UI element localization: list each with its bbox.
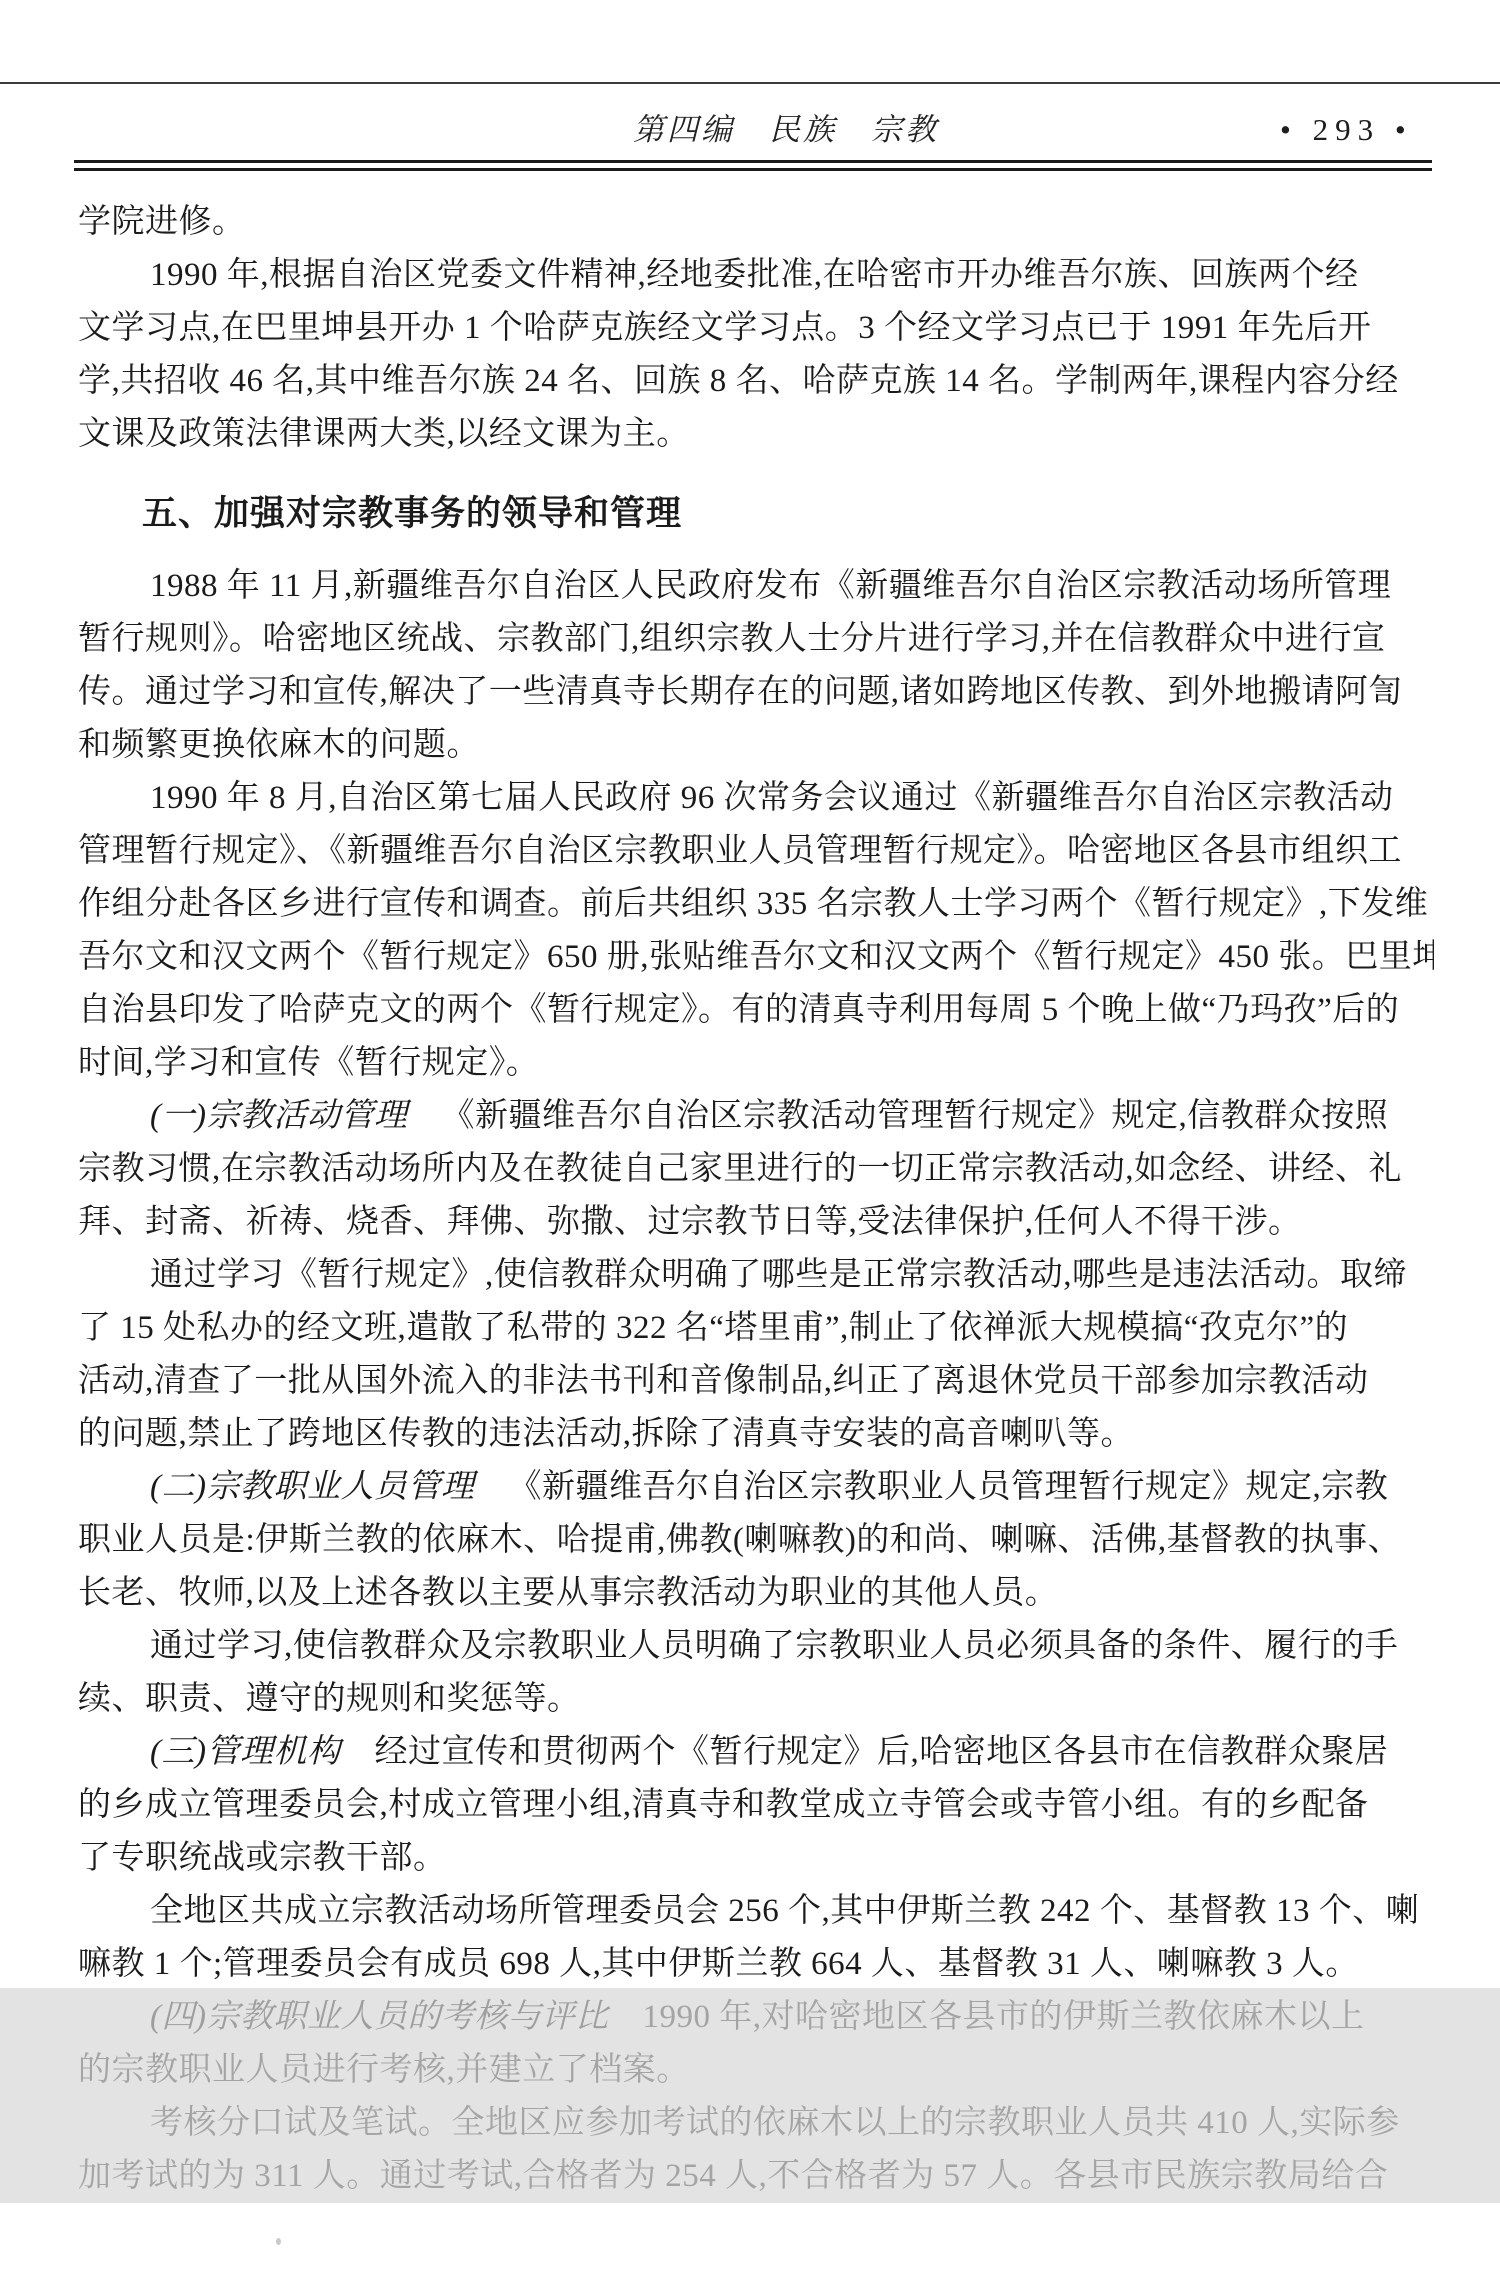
text-line: 通过学习《暂行规定》,使信教群众明确了哪些是正常宗教活动,哪些是违法活动。取缔 — [78, 1249, 1434, 1302]
text-line: 文学习点,在巴里坤县开办 1 个哈萨克族经文学习点。3 个经文学习点已于 199… — [78, 302, 1434, 355]
text-line: 文课及政策法律课两大类,以经文课为主。 — [78, 408, 1434, 461]
scan-artifact-dot — [276, 2238, 281, 2245]
scanned-page: { "header": { "section_title": "第四编 民族 宗… — [0, 0, 1500, 2280]
subsection-label: (二)宗教职业人员管理 — [150, 1469, 474, 1505]
line-text: 经过宣传和贯彻两个《暂行规定》后,哈密地区各县市在信教群众聚居 — [374, 1734, 1388, 1770]
text-line: 拜、封斋、祈祷、烧香、拜佛、弥撒、过宗教节日等,受法律保护,任何人不得干涉。 — [78, 1196, 1434, 1249]
running-head: 第四编 民族 宗教 • 293 • — [0, 110, 1500, 154]
section-heading: 五、加强对宗教事务的领导和管理 — [78, 487, 1434, 540]
text-line: 作组分赴各区乡进行宣传和调查。前后共组织 335 名宗教人士学习两个《暂行规定》… — [78, 878, 1434, 931]
text-line: 嘛教 1 个;管理委员会有成员 698 人,其中伊斯兰教 664 人、基督教 3… — [78, 1938, 1434, 1991]
body-lines: 学院进修。1990 年,根据自治区党委文件精神,经地委批准,在哈密市开办维吾尔族… — [78, 196, 1434, 2203]
text-line: (四)宗教职业人员的考核与评比1990 年,对哈密地区各县市的伊斯兰教依麻木以上 — [78, 1991, 1434, 2044]
text-line: 的问题,禁止了跨地区传教的违法活动,拆除了清真寺安装的高音喇叭等。 — [78, 1408, 1434, 1461]
line-text: 《新疆维吾尔自治区宗教活动管理暂行规定》规定,信教群众按照 — [441, 1098, 1388, 1134]
text-line: 1990 年,根据自治区党委文件精神,经地委批准,在哈密市开办维吾尔族、回族两个… — [78, 249, 1434, 302]
text-line: 续、职责、遵守的规则和奖惩等。 — [78, 1673, 1434, 1726]
page-number: • 293 • — [1280, 110, 1413, 150]
subsection-label: (四)宗教职业人员的考核与评比 — [150, 1999, 608, 2035]
text-line: 吾尔文和汉文两个《暂行规定》650 册,张贴维吾尔文和汉文两个《暂行规定》450… — [78, 931, 1434, 984]
text-line: 自治县印发了哈萨克文的两个《暂行规定》。有的清真寺利用每周 5 个晚上做“乃玛孜… — [78, 984, 1434, 1037]
text-line: 传。通过学习和宣传,解决了一些清真寺长期存在的问题,诸如跨地区传教、到外地搬请阿… — [78, 666, 1434, 719]
subsection-label: (三)管理机构 — [150, 1734, 340, 1770]
line-text: 1990 年,对哈密地区各县市的伊斯兰教依麻木以上 — [642, 1999, 1364, 2035]
text-line: 通过学习,使信教群众及宗教职业人员明确了宗教职业人员必须具备的条件、履行的手 — [78, 1620, 1434, 1673]
top-hairline-rule — [0, 82, 1500, 84]
text-line: 了 15 处私办的经文班,遣散了私带的 322 名“塔里甫”,制止了依禅派大规模… — [78, 1302, 1434, 1355]
text-line: 活动,清查了一批从国外流入的非法书刊和音像制品,纠正了离退休党员干部参加宗教活动 — [78, 1355, 1434, 1408]
text-line: 学院进修。 — [78, 196, 1434, 249]
text-line: 1988 年 11 月,新疆维吾尔自治区人民政府发布《新疆维吾尔自治区宗教活动场… — [78, 560, 1434, 613]
text-line: 的宗教职业人员进行考核,并建立了档案。 — [78, 2044, 1434, 2097]
text-line: 了专职统战或宗教干部。 — [78, 1832, 1434, 1885]
text-line: 时间,学习和宣传《暂行规定》。 — [78, 1037, 1434, 1090]
text-line: 加考试的为 311 人。通过考试,合格者为 254 人,不合格者为 57 人。各… — [78, 2150, 1434, 2203]
text-line: (二)宗教职业人员管理《新疆维吾尔自治区宗教职业人员管理暂行规定》规定,宗教 — [78, 1461, 1434, 1514]
text-line: 的乡成立管理委员会,村成立管理小组,清真寺和教堂成立寺管会或寺管小组。有的乡配备 — [78, 1779, 1434, 1832]
text-line: 暂行规则》。哈密地区统战、宗教部门,组织宗教人士分片进行学习,并在信教群众中进行… — [78, 613, 1434, 666]
header-double-rule — [74, 160, 1432, 171]
text-line: 和频繁更换依麻木的问题。 — [78, 719, 1434, 772]
text-line: 全地区共成立宗教活动场所管理委员会 256 个,其中伊斯兰教 242 个、基督教… — [78, 1885, 1434, 1938]
line-text: 《新疆维吾尔自治区宗教职业人员管理暂行规定》规定,宗教 — [508, 1469, 1388, 1505]
section-header-title: 第四编 民族 宗教 — [633, 110, 939, 150]
subsection-label: (一)宗教活动管理 — [150, 1098, 407, 1134]
text-line: (一)宗教活动管理《新疆维吾尔自治区宗教活动管理暂行规定》规定,信教群众按照 — [78, 1090, 1434, 1143]
text-line: 宗教习惯,在宗教活动场所内及在教徒自己家里进行的一切正常宗教活动,如念经、讲经、… — [78, 1143, 1434, 1196]
text-line: 管理暂行规定》、《新疆维吾尔自治区宗教职业人员管理暂行规定》。哈密地区各县市组织… — [78, 825, 1434, 878]
text-line: 考核分口试及笔试。全地区应参加考试的依麻木以上的宗教职业人员共 410 人,实际… — [78, 2097, 1434, 2150]
text-line: 1990 年 8 月,自治区第七届人民政府 96 次常务会议通过《新疆维吾尔自治… — [78, 772, 1434, 825]
text-line: (三)管理机构经过宣传和贯彻两个《暂行规定》后,哈密地区各县市在信教群众聚居 — [78, 1726, 1434, 1779]
text-line: 长老、牧师,以及上述各教以主要从事宗教活动为职业的其他人员。 — [78, 1567, 1434, 1620]
text-line: 学,共招收 46 名,其中维吾尔族 24 名、回族 8 名、哈萨克族 14 名。… — [78, 355, 1434, 408]
text-line: 职业人员是:伊斯兰教的依麻木、哈提甫,佛教(喇嘛教)的和尚、喇嘛、活佛,基督教的… — [78, 1514, 1434, 1567]
